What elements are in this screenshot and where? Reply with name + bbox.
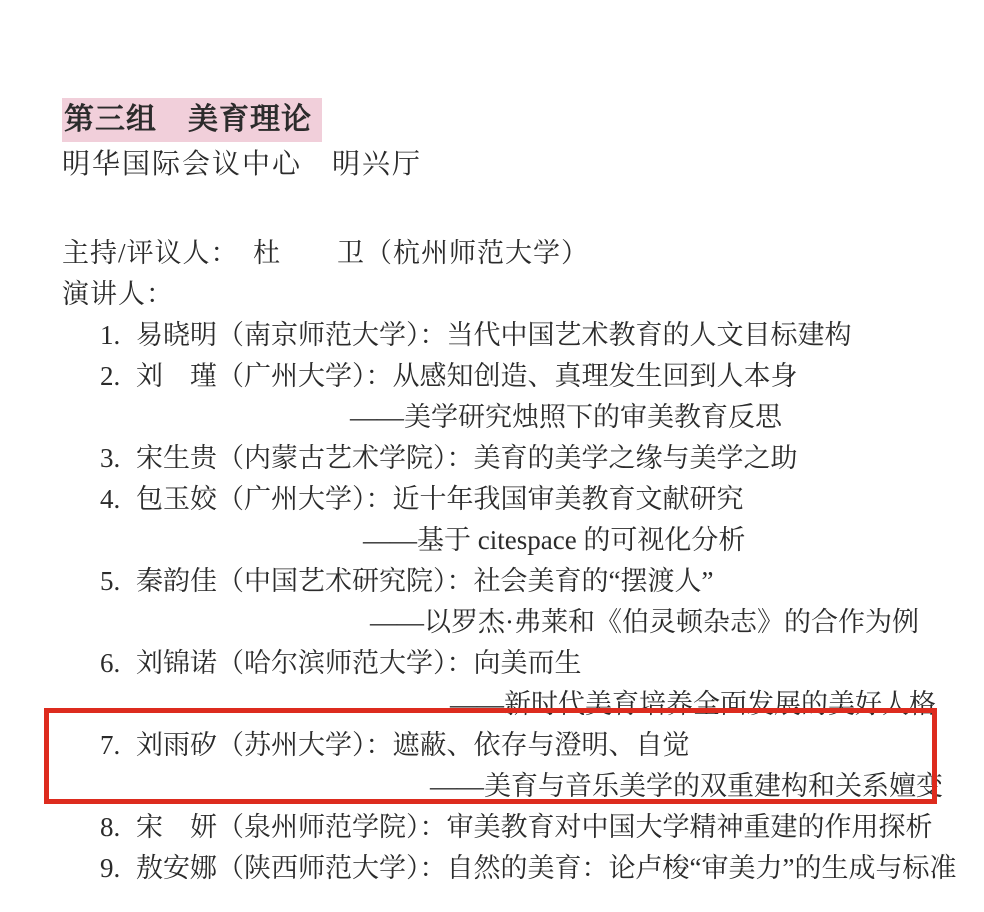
list-item-8: 8. 宋 妍（泉州师范学院）：审美教育对中国大学精神重建的作用探析 (100, 807, 974, 848)
list-item-1: 1. 易晓明（南京师范大学）：当代中国艺术教育的人文目标建构 (100, 315, 974, 356)
item-number: 4. (100, 479, 136, 520)
item-number: 3. (100, 438, 136, 479)
item-title: 宋 妍（泉州师范学院）：审美教育对中国大学精神重建的作用探析 (136, 807, 933, 848)
item-title: 宋生贵（内蒙古艺术学院）：美育的美学之缘与美学之助 (136, 438, 798, 479)
item-title: 易晓明（南京师范大学）：当代中国艺术教育的人文目标建构 (136, 315, 852, 356)
list-item-5: 5. 秦韵佳（中国艺术研究院）：社会美育的“摆渡人” (100, 561, 974, 602)
item-subtitle: ——美育与音乐美学的双重建构和关系嬗变 (430, 766, 974, 807)
list-item-4: 4. 包玉姣（广州大学）：近十年我国审美教育文献研究 (100, 479, 974, 520)
venue: 明华国际会议中心 明兴厅 (62, 144, 974, 185)
item-number: 9. (100, 848, 136, 889)
item-title: 刘锦诺（哈尔滨师范大学）：向美而生 (136, 643, 582, 684)
item-number: 8. (100, 807, 136, 848)
item-title: 敖安娜（陕西师范大学）：自然的美育：论卢梭“审美力”的生成与标准 (136, 848, 956, 889)
speakers-label: 演讲人： (62, 274, 974, 315)
item-number: 6. (100, 643, 136, 684)
item-number: 1. (100, 315, 136, 356)
list-item-2: 2. 刘 瑾（广州大学）：从感知创造、真理发生回到人本身 (100, 356, 974, 397)
item-number: 7. (100, 725, 136, 766)
item-title: 包玉姣（广州大学）：近十年我国审美教育文献研究 (136, 479, 744, 520)
item-subtitle: ——美学研究烛照下的审美教育反思 (350, 397, 974, 438)
program-page: 第三组 美育理论 明华国际会议中心 明兴厅 主持/评议人： 杜 卫（杭州师范大学… (0, 0, 984, 912)
item-subtitle: ——以罗杰·弗莱和《伯灵顿杂志》的合作为例 (370, 602, 974, 643)
item-subtitle: ——新时代美育培养全面发展的美好人格 (450, 684, 974, 725)
item-title: 刘 瑾（广州大学）：从感知创造、真理发生回到人本身 (136, 356, 798, 397)
list-item-6: 6. 刘锦诺（哈尔滨师范大学）：向美而生 (100, 643, 974, 684)
list-item-7: 7. 刘雨矽（苏州大学）：遮蔽、依存与澄明、自觉 (100, 725, 974, 766)
group-title: 第三组 美育理论 (62, 98, 322, 142)
list-item-3: 3. 宋生贵（内蒙古艺术学院）：美育的美学之缘与美学之助 (100, 438, 974, 479)
item-title: 秦韵佳（中国艺术研究院）：社会美育的“摆渡人” (136, 561, 713, 602)
item-number: 5. (100, 561, 136, 602)
item-number: 2. (100, 356, 136, 397)
item-subtitle: ——基于 citespace 的可视化分析 (363, 520, 974, 561)
speaker-list: 1. 易晓明（南京师范大学）：当代中国艺术教育的人文目标建构 2. 刘 瑾（广州… (100, 315, 974, 889)
host-line: 主持/评议人： 杜 卫（杭州师范大学） (62, 233, 974, 274)
item-title: 刘雨矽（苏州大学）：遮蔽、依存与澄明、自觉 (136, 725, 690, 766)
list-item-9: 9. 敖安娜（陕西师范大学）：自然的美育：论卢梭“审美力”的生成与标准 (100, 848, 974, 889)
